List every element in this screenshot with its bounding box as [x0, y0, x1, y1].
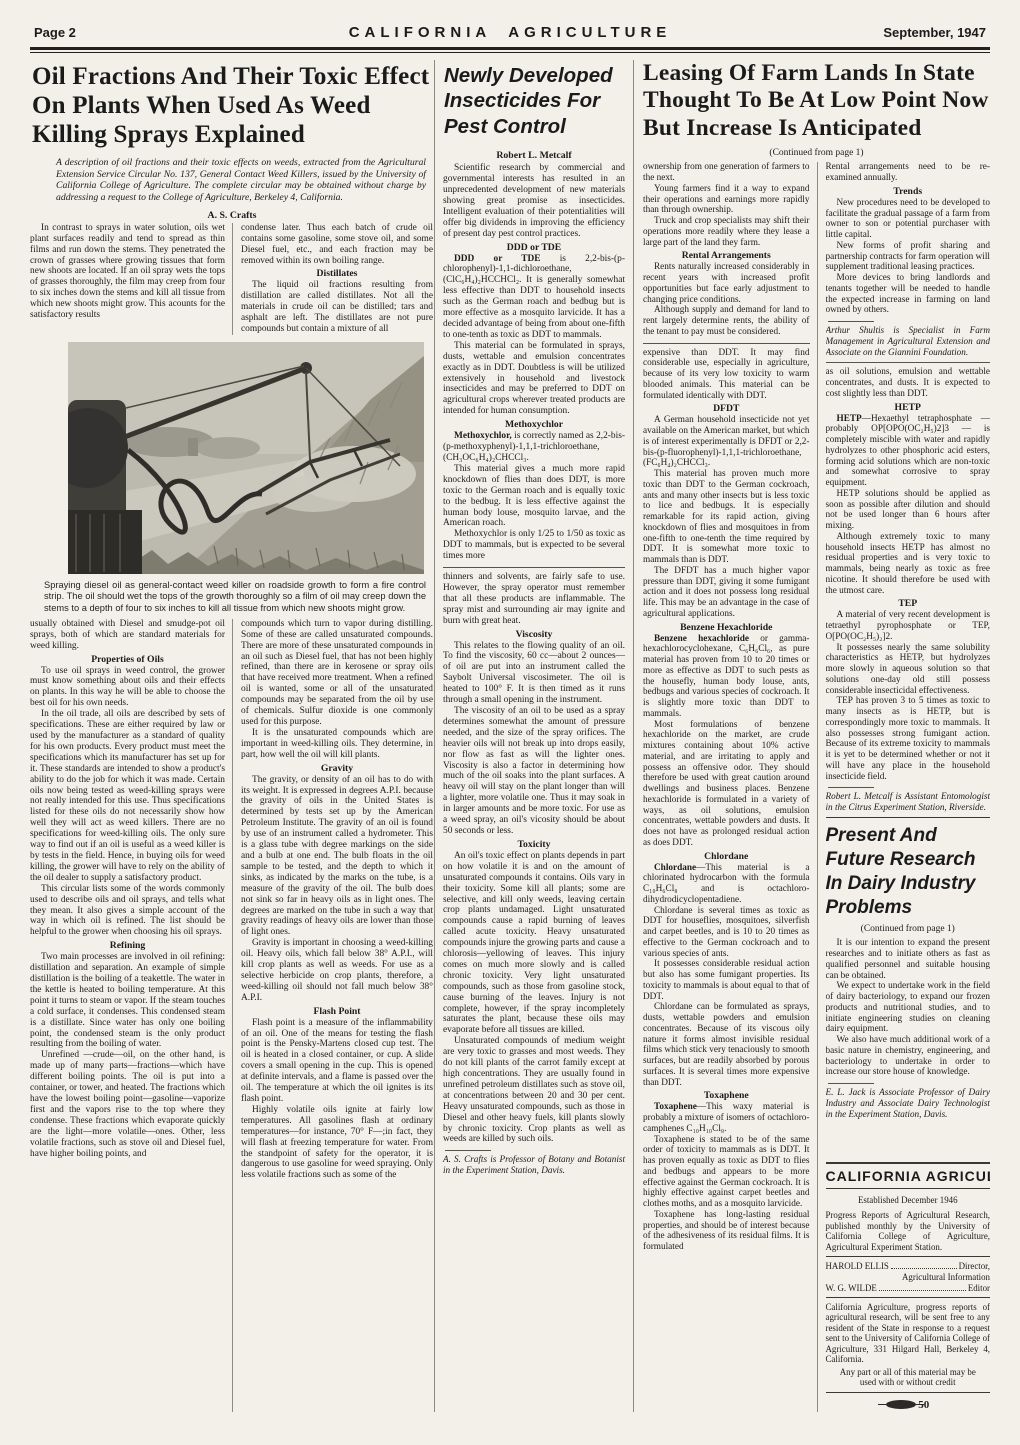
paragraph: A German household insecticide not yet a… — [643, 415, 810, 469]
author-credit: E. L. Jack is Associate Professor of Dai… — [826, 1083, 991, 1119]
issue-date: September, 1947 — [816, 25, 986, 40]
footer-ornament-row: 50 — [826, 1396, 991, 1413]
leasing-continued-note: (Continued from page 1) — [643, 148, 990, 158]
paragraph: HETP—Hexaethyl tetraphosphate — probably… — [826, 414, 991, 489]
right-columns: ownership from one generation of farmers… — [643, 162, 990, 1412]
column-insecticides: Newly Developed Insecticides For Pest Co… — [434, 60, 634, 1412]
section-heading: Gravity — [241, 763, 433, 774]
paragraph: Unrefined —crude—oil, on the other hand,… — [30, 1050, 225, 1159]
paragraph: Chlordane—This material is a chlorinated… — [643, 863, 810, 906]
free-copy-notice: California Agriculture, progress reports… — [826, 1301, 991, 1366]
paragraph: In contrast to sprays in water solution,… — [30, 223, 225, 321]
divider-rule — [643, 343, 810, 344]
column-5: Rental arrangements need to be re-examin… — [817, 162, 991, 1412]
newspaper-page: Page 2 CALIFORNIA AGRICULTURE September,… — [0, 0, 1020, 1445]
paragraph: An oil's toxic effect on plants depends … — [443, 851, 625, 1036]
paragraph: The DFDT has a much higher vapor pressur… — [643, 566, 810, 620]
paragraph: Although supply and demand for land to r… — [643, 305, 810, 337]
paragraph: as oil solutions, emulsion and wettable … — [826, 367, 991, 399]
right-section: Leasing Of Farm Lands In State Thought T… — [634, 60, 990, 1412]
paragraph: The viscosity of an oil to be used as a … — [443, 706, 625, 837]
paragraph: Chlordane can be formulated as sprays, d… — [643, 1002, 810, 1088]
oil-columns-bottom: usually obtained with Diesel and smudge-… — [30, 619, 434, 1412]
author-credit: A. S. Crafts is Professor of Botany and … — [443, 1150, 625, 1175]
oil-headline: Oil Fractions And Their Toxic Effect On … — [30, 60, 434, 156]
paragraph: Most formulations of benzene hexachlorid… — [643, 720, 810, 849]
header-double-rule — [30, 47, 990, 53]
oil-intro-note: A description of oil fractions and their… — [56, 157, 426, 204]
oil-col3-continuation: thinners and solvents, are fairly safe t… — [443, 572, 625, 1176]
dairy-top-rule — [826, 817, 991, 818]
paragraph: Highly volatile oils ignite at fairly lo… — [241, 1105, 433, 1181]
section-heading: Benzene Hexachloride — [643, 622, 810, 633]
column-5-flow: Rental arrangements need to be re-examin… — [826, 162, 991, 1157]
dairy-headline: Present And Future Research In Dairy Ind… — [826, 820, 991, 923]
staff-role-continuation: Agricultural Information — [826, 1272, 991, 1283]
masthead-rule — [826, 1392, 991, 1393]
leasing-col4-text: ownership from one generation of farmers… — [643, 162, 810, 337]
oil-col2-bottom: compounds which turn to vapor during dis… — [232, 619, 434, 1412]
staff-role: Director, — [959, 1261, 990, 1272]
paragraph: condense later. Thus each batch of crude… — [241, 223, 433, 267]
masthead-box: CALIFORNIA AGRICULTURE Established Decem… — [826, 1157, 991, 1412]
insecticides-byline: Robert L. Metcalf — [443, 150, 625, 161]
masthead-rule — [826, 1256, 991, 1257]
paragraph: The liquid oil fractions resulting from … — [241, 280, 433, 335]
paragraph: Rental arrangements need to be re-examin… — [826, 162, 991, 184]
page-content: Oil Fractions And Their Toxic Effect On … — [30, 60, 990, 1412]
paragraph: Gravity is important in choosing a weed-… — [241, 938, 433, 1003]
paragraph: Unsaturated compounds of medium weight a… — [443, 1036, 625, 1145]
paragraph: This material can be formulated in spray… — [443, 341, 625, 417]
oil-col1-top: In contrast to sprays in water solution,… — [30, 223, 232, 335]
divider-rule — [826, 362, 991, 363]
paragraph: It is our intention to expand the presen… — [826, 938, 991, 981]
paragraph: Truck and crop specialists may shift the… — [643, 216, 810, 248]
oil-columns-top: In contrast to sprays in water solution,… — [30, 223, 434, 335]
paragraph: usually obtained with Diesel and smudge-… — [30, 619, 225, 652]
paragraph: Young farmers find it a way to expand th… — [643, 184, 810, 216]
paragraph: Toxaphene—This waxy material is probably… — [643, 1102, 810, 1134]
paragraph: Flash point is a measure of the inflamma… — [241, 1018, 433, 1105]
author-credit: Robert L. Metcalf is Assistant Entomolog… — [826, 787, 991, 812]
paragraph: Rents naturally increased considerably i… — [643, 262, 810, 305]
section-heading: DFDT — [643, 403, 810, 414]
paragraph: Chlordane is several times as toxic as D… — [643, 906, 810, 960]
insecticides-col3-text: Scientific research by commercial and go… — [443, 163, 625, 562]
established-line: Established December 1946 — [826, 1192, 991, 1210]
paragraph: This material has proven much more toxic… — [643, 469, 810, 566]
photo-illustration — [68, 342, 424, 574]
section-heading: TEP — [826, 598, 991, 609]
leasing-headline: Leasing Of Farm Lands In State Thought T… — [643, 60, 990, 146]
section-heading: Rental Arrangements — [643, 250, 810, 261]
paragraph: New forms of profit sharing and partners… — [826, 241, 991, 273]
section-heading: Toxicity — [443, 839, 625, 850]
page-header: Page 2 CALIFORNIA AGRICULTURE September,… — [30, 22, 990, 47]
column-4: ownership from one generation of farmers… — [643, 162, 817, 1412]
section-heading: Refining — [30, 940, 225, 951]
dotted-leader — [879, 1290, 966, 1291]
section-heading: Viscosity — [443, 629, 625, 640]
section-heading: Methoxychlor — [443, 419, 625, 430]
paragraph: HETP solutions should be applied as soon… — [826, 489, 991, 532]
dotted-leader — [891, 1268, 957, 1269]
paragraph: compounds which turn to vapor during dis… — [241, 619, 433, 728]
column-divider-rule — [443, 567, 625, 568]
paragraph: To use oil sprays in weed control, the g… — [30, 666, 225, 710]
section-heading: Trends — [826, 186, 991, 197]
photo-caption: Spraying diesel oil as general-contact w… — [44, 580, 426, 614]
staff-name: HAROLD ELLIS — [826, 1261, 889, 1272]
article-oil-fractions: Oil Fractions And Their Toxic Effect On … — [30, 60, 434, 1412]
masthead-rule — [826, 1297, 991, 1298]
roadside-spraying-photo — [68, 342, 424, 574]
paragraph: ownership from one generation of farmers… — [643, 162, 810, 184]
paragraph: More devices to bring landlords and tena… — [826, 273, 991, 316]
paragraph: Although extremely toxic to many househo… — [826, 532, 991, 597]
paragraph: We expect to undertake work in the field… — [826, 981, 991, 1035]
page-number-label: Page 2 — [34, 25, 204, 40]
paragraph: New procedures need to be developed to f… — [826, 198, 991, 241]
paragraph: This material gives a much more rapid kn… — [443, 464, 625, 529]
paragraph: In the oil trade, all oils are described… — [30, 709, 225, 884]
paragraph: expensive than DDT. It may find consider… — [643, 348, 810, 402]
reuse-notice: Any part or all of this material may be … — [826, 1366, 991, 1389]
paragraph: DDD or TDE is 2,2-bis-(p-chlorophenyl)-1… — [443, 254, 625, 341]
section-heading: Properties of Oils — [30, 654, 225, 665]
printer-ornament-icon — [886, 1400, 916, 1409]
oil-col2-top: condense later. Thus each batch of crude… — [232, 223, 434, 335]
paragraph: Benzene hexachloride or gamma-hexachloro… — [643, 634, 810, 720]
paragraph: Methoxychlor is only 1/25 to 1/50 as tox… — [443, 529, 625, 562]
paragraph: It possesses considerable residual actio… — [643, 959, 810, 1002]
masthead-rule — [826, 1188, 991, 1189]
paragraph: Toxaphene is stated to be of the same or… — [643, 1135, 810, 1210]
paragraph: thinners and solvents, are fairly safe t… — [443, 572, 625, 627]
section-heading: HETP — [826, 402, 991, 413]
section-heading: Distillates — [241, 268, 433, 279]
paragraph: TEP has proven 3 to 5 times as toxic to … — [826, 696, 991, 782]
insecticides-col4-continuation: expensive than DDT. It may find consider… — [643, 343, 810, 1253]
masthead-title: CALIFORNIA AGRICULTURE — [204, 24, 816, 41]
masthead-box-title: CALIFORNIA AGRICULTURE — [826, 1167, 991, 1185]
dairy-continued-note: (Continued from page 1) — [826, 924, 991, 934]
masthead-rule — [826, 1162, 991, 1164]
staff-role: Editor — [968, 1283, 990, 1294]
oil-byline: A. S. Crafts — [30, 210, 434, 221]
paragraph: This circular lists some of the words co… — [30, 884, 225, 939]
section-heading: DDD or TDE — [443, 242, 625, 253]
paragraph: This relates to the flowing quality of a… — [443, 641, 625, 706]
paragraph: Toxaphene has long-lasting residual prop… — [643, 1210, 810, 1253]
paragraph: It possesses nearly the same solubility … — [826, 643, 991, 697]
paragraph: It is the unsaturated compounds which ar… — [241, 728, 433, 761]
paragraph: Two main processes are involved in oil r… — [30, 952, 225, 1050]
staff-row-director: HAROLD ELLIS Director, — [826, 1260, 991, 1272]
staff-name: W. G. WILDE — [826, 1283, 877, 1294]
insecticides-headline: Newly Developed Insecticides For Pest Co… — [443, 60, 625, 147]
paragraph: We also have much additional work of a b… — [826, 1035, 991, 1078]
section-heading: Chlordane — [643, 851, 810, 862]
section-heading: Toxaphene — [643, 1090, 810, 1101]
staff-row-editor: W. G. WILDE Editor — [826, 1282, 991, 1294]
leasing-col5-text: Rental arrangements need to be re-examin… — [826, 162, 991, 357]
section-heading: Flash Point — [241, 1006, 433, 1017]
paragraph: A material of very recent development is… — [826, 610, 991, 642]
oil-col1-bottom: usually obtained with Diesel and smudge-… — [30, 619, 232, 1412]
paragraph: The gravity, or density of an oil has to… — [241, 775, 433, 939]
paragraph: Scientific research by commercial and go… — [443, 163, 625, 239]
author-credit: Arthur Shultis is Specialist in Farm Man… — [826, 321, 991, 357]
dairy-text: It is our intention to expand the presen… — [826, 938, 991, 1119]
insecticides-col5-continuation: as oil solutions, emulsion and wettable … — [826, 362, 991, 812]
publisher-note: Progress Reports of Agricultural Researc… — [826, 1209, 991, 1253]
paragraph: Methoxychlor, is correctly named as 2,2-… — [443, 431, 625, 464]
